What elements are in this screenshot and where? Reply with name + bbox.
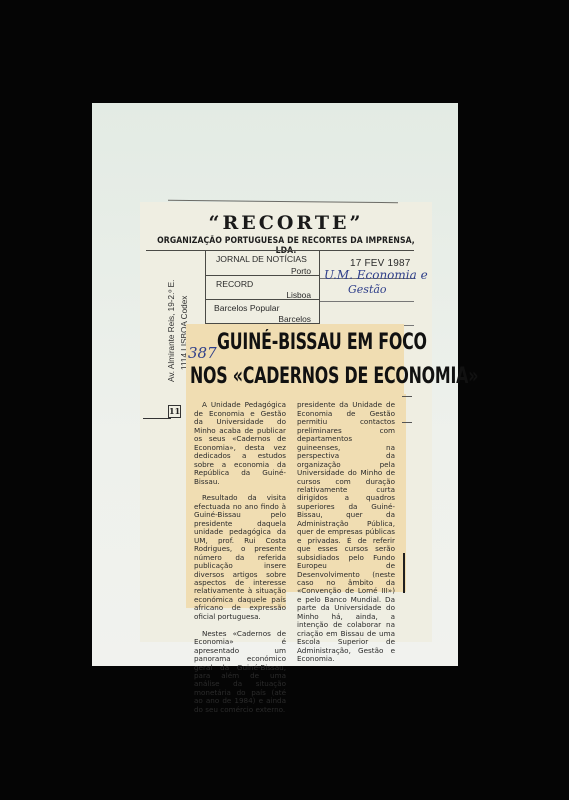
handwritten-number: 387 bbox=[188, 344, 217, 362]
margin-mark bbox=[402, 396, 412, 397]
clipping-edge-shadow bbox=[403, 553, 405, 593]
headline-line-1: GUINÉ-BISSAU EM FOCO bbox=[217, 330, 427, 355]
journal-city: Barcelos bbox=[211, 314, 311, 324]
service-subtitle: ORGANIZAÇÃO PORTUGUESA DE RECORTES DA IM… bbox=[152, 235, 421, 255]
note-rule-2 bbox=[320, 301, 414, 302]
handwritten-note: U.M. Economia e bbox=[324, 268, 428, 282]
table-top-rule bbox=[146, 250, 414, 251]
article-column-2: presidente da Unidade de Economia de Ges… bbox=[297, 393, 395, 672]
table-left-divider bbox=[205, 250, 206, 328]
page-number-rule bbox=[143, 418, 171, 419]
address-line: Av. Almirante Reis, 19-2.º E. bbox=[167, 280, 176, 382]
page-number-box: 11 bbox=[168, 405, 181, 418]
journal-name: RECORD bbox=[216, 279, 253, 289]
paragraph: Nestes «Cadernos de Economia» é apresent… bbox=[194, 630, 286, 715]
service-title: “RECORTE” bbox=[140, 212, 432, 234]
handwritten-note: Gestão bbox=[348, 283, 387, 296]
paragraph: A Unidade Pedagógica de Economia e Gestã… bbox=[194, 401, 286, 486]
journal-city: Porto bbox=[211, 266, 311, 276]
journal-name: JORNAL DE NOTÍCIAS bbox=[216, 254, 307, 264]
article-column-1: A Unidade Pedagógica de Economia e Gestã… bbox=[194, 393, 286, 723]
margin-mark bbox=[402, 422, 412, 423]
paragraph: Resultado da visita efectuada no ano fin… bbox=[194, 494, 286, 621]
headline-line-2: NOS «CADERNOS DE ECONOMIA» bbox=[190, 364, 478, 389]
table-mid-divider bbox=[319, 250, 320, 328]
journal-city: Lisboa bbox=[211, 290, 311, 300]
paragraph: presidente da Unidade de Economia de Ges… bbox=[297, 401, 395, 663]
journal-name: Barcelos Popular bbox=[214, 303, 279, 313]
